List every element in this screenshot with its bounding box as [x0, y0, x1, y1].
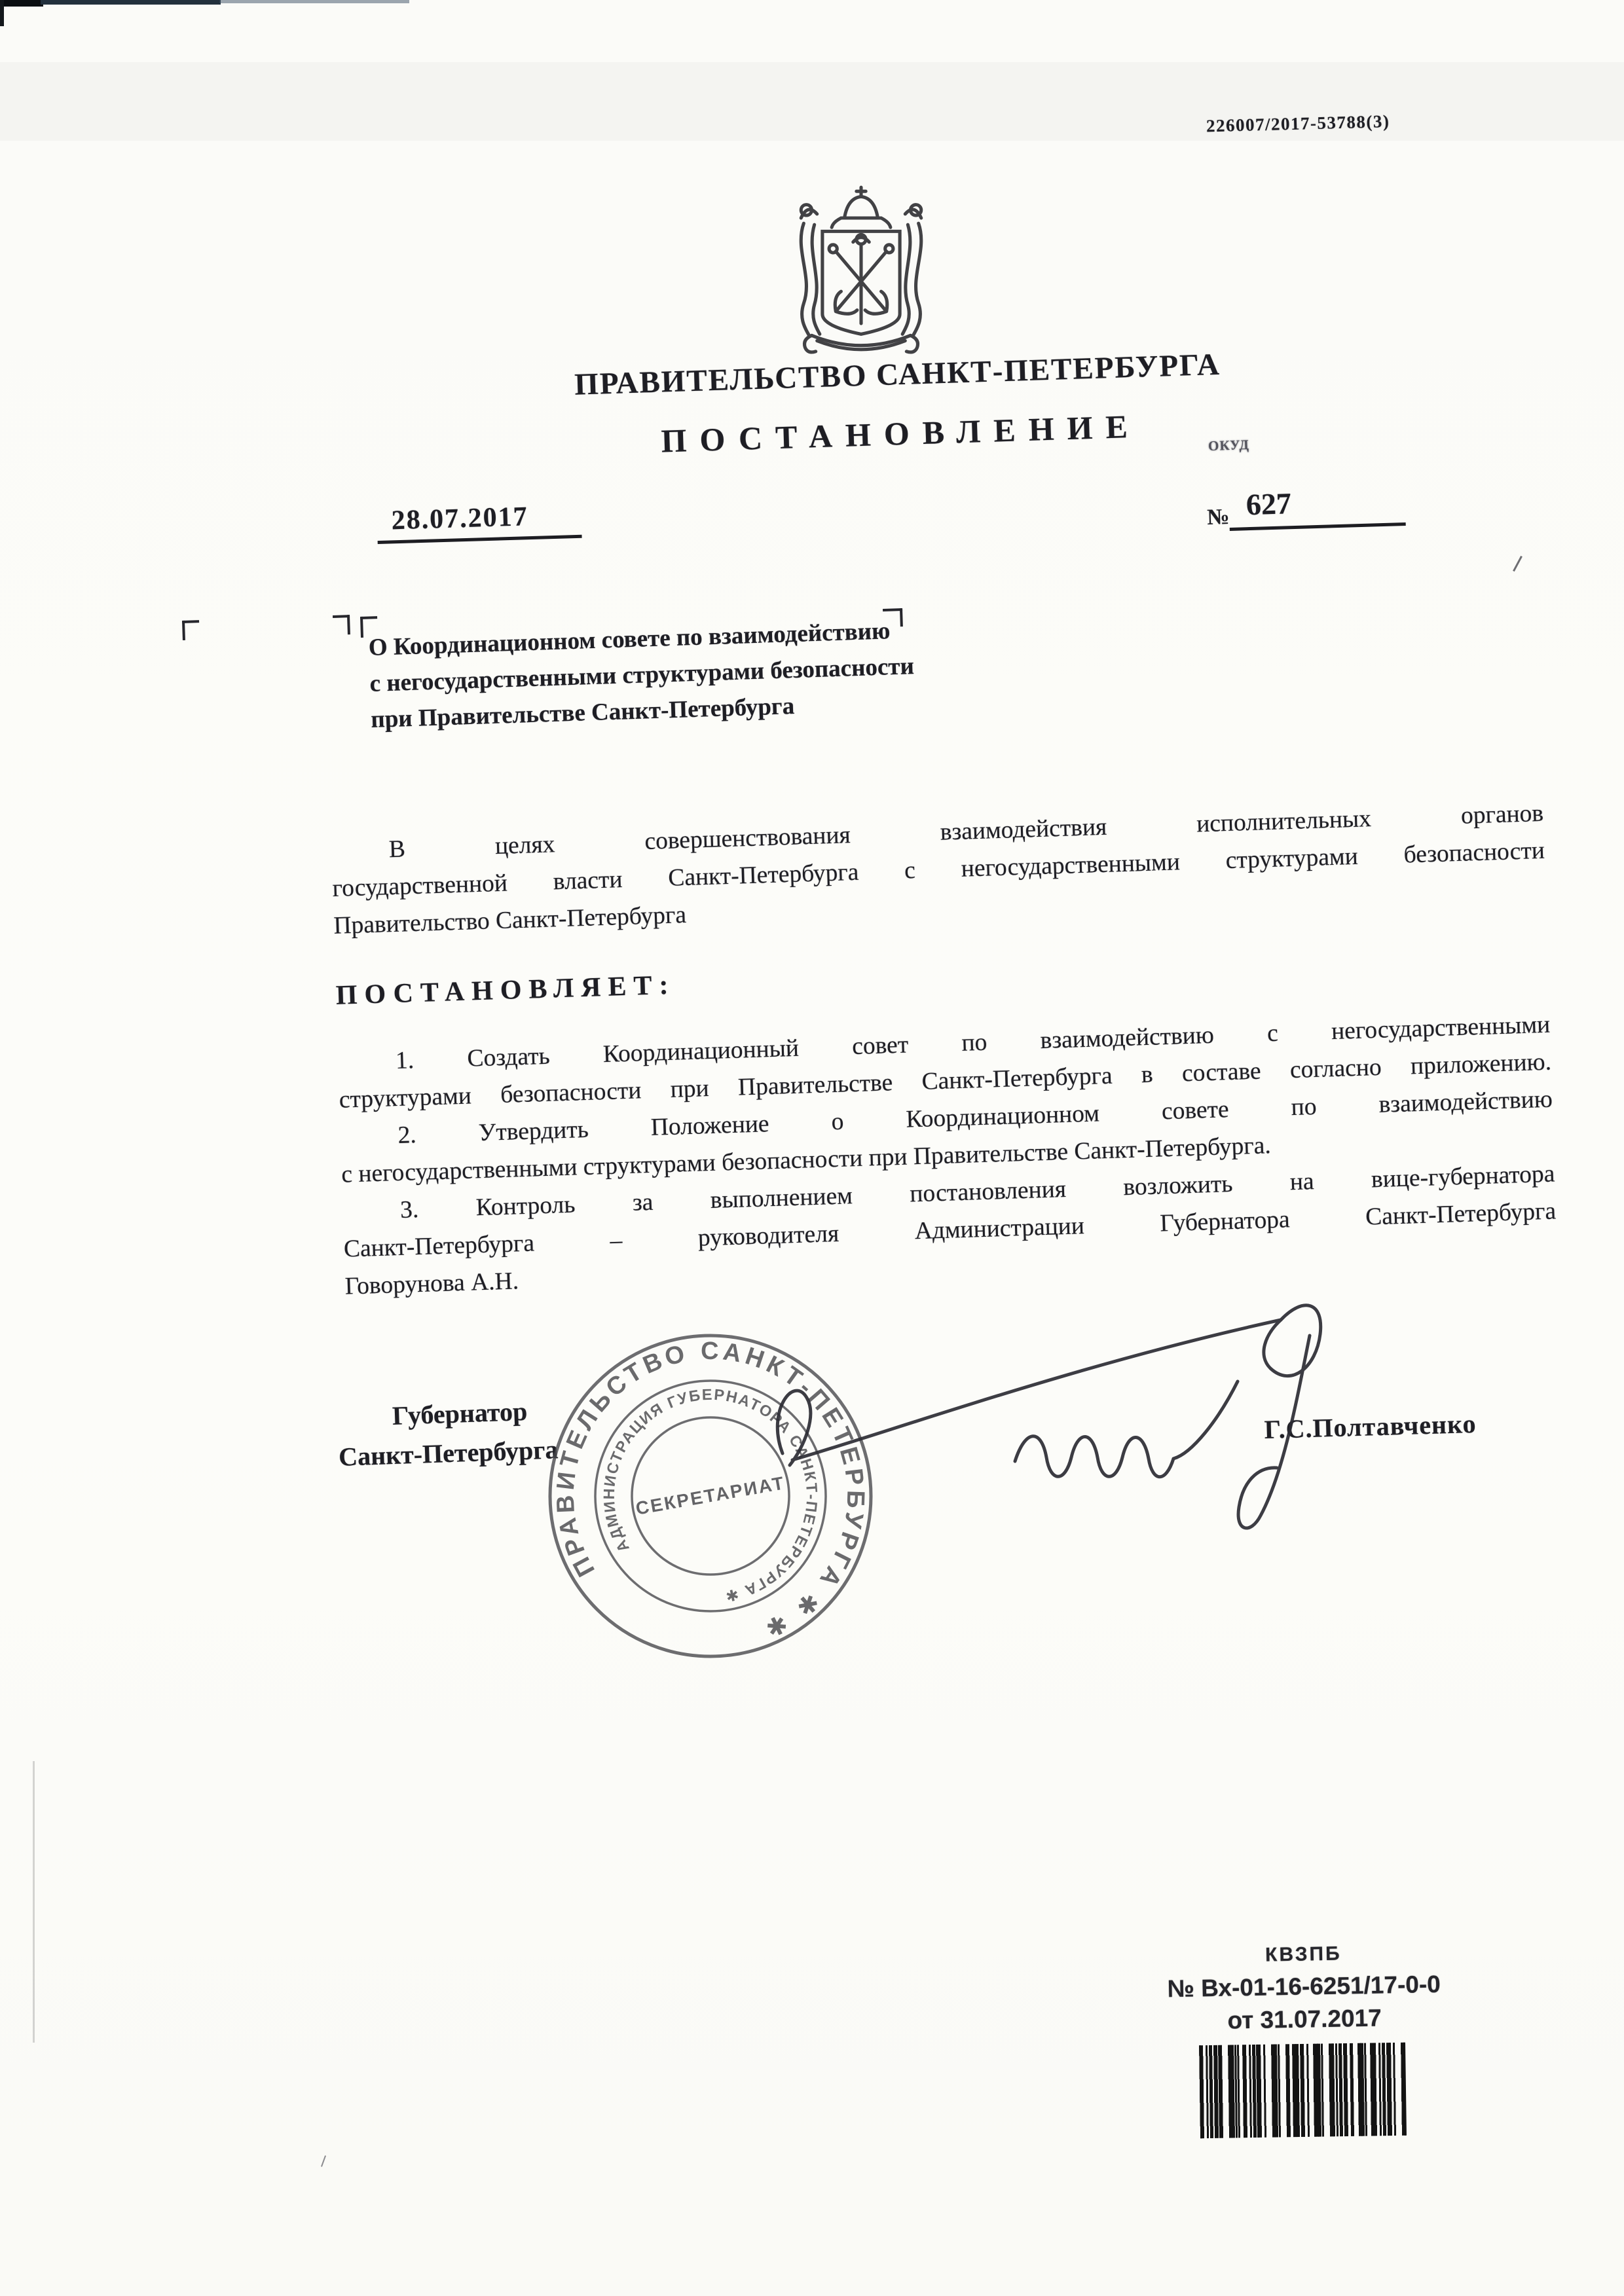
- scan-artifact-speck: [321, 2155, 326, 2167]
- registration-code: КВЗПБ: [1139, 1936, 1467, 1973]
- scan-artifact-top-bar: [0, 0, 43, 7]
- document-type-title: ПОСТАНОВЛЕНИЕ: [589, 405, 1212, 462]
- document-number: 627: [1228, 483, 1406, 531]
- document-number-field: № 627: [1206, 484, 1406, 533]
- scan-artifact-speck: [1513, 556, 1522, 572]
- signer-post-line: Санкт-Петербурга: [338, 1430, 559, 1477]
- resolves-heading: ПОСТАНОВЛЯЕТ:: [335, 939, 1549, 1017]
- scan-artifact-top-bar: [41, 0, 221, 5]
- document-date-field: 28.07.2017: [377, 500, 582, 544]
- scanned-document-page: 226007/2017-53788(3): [0, 0, 1624, 2296]
- document-body: В целях совершенствования взаимодействия…: [331, 795, 1558, 1305]
- scan-artifact-fold-line: [33, 1761, 35, 2043]
- registration-number: № Вх-01-16-6251/17-0-0: [1140, 1967, 1468, 2006]
- registration-barcode: [1199, 2043, 1407, 2138]
- handwritten-signature-icon: [733, 1257, 1375, 1565]
- registration-stamp: КВЗПБ № Вх-01-16-6251/17-0-0 от 31.07.20…: [1139, 1936, 1469, 2039]
- layout-corner-mark: [182, 620, 200, 640]
- scan-artifact-edge: [0, 0, 4, 26]
- document-subject: О Координационном совете по взаимодейств…: [368, 611, 961, 738]
- registration-date: от 31.07.2017: [1141, 2000, 1469, 2039]
- okud-form-label: ОКУД: [1208, 437, 1250, 454]
- document-date: 28.07.2017: [391, 501, 528, 536]
- signer-post: Губернатор Санкт-Петербурга: [337, 1391, 559, 1477]
- scan-artifact-top-bar: [219, 0, 409, 3]
- spb-coat-of-arms-icon: [747, 183, 976, 357]
- number-sign: №: [1207, 505, 1230, 533]
- layout-corner-mark: [333, 615, 350, 635]
